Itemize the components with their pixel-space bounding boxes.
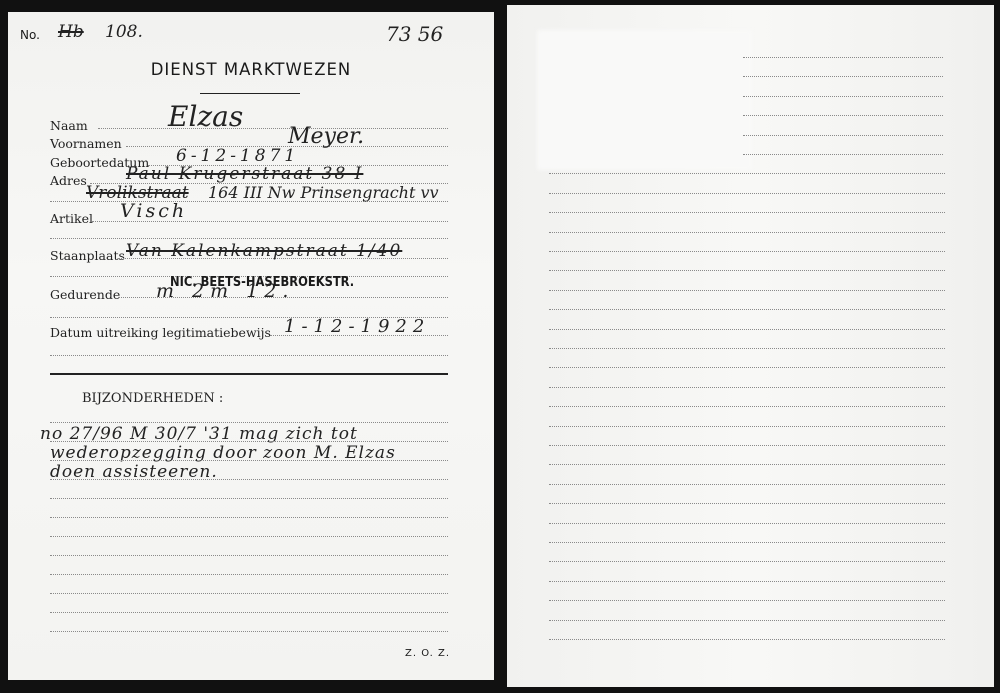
notes-line bbox=[50, 612, 448, 613]
ruled-line bbox=[549, 173, 945, 174]
ruled-line bbox=[549, 581, 945, 582]
label-voornamen: Voornamen bbox=[50, 136, 122, 151]
notes-line bbox=[50, 593, 448, 594]
label-adres: Adres bbox=[50, 173, 87, 188]
field-line bbox=[50, 238, 448, 239]
value-adres-line1-struck: Paul Krugerstraat 38 I bbox=[126, 164, 363, 184]
ruled-line bbox=[549, 193, 945, 194]
value-adres-line2: 164 III Nw Prinsengracht vv bbox=[208, 183, 439, 202]
value-datum-uitreiking: 1-12-1922 bbox=[284, 316, 430, 337]
field-line bbox=[98, 128, 448, 129]
title-divider bbox=[200, 93, 300, 94]
bijzonderheden-heading: BIJZONDERHEDEN : bbox=[82, 391, 223, 406]
ruled-line bbox=[743, 135, 943, 136]
ruled-line bbox=[549, 348, 945, 349]
ruled-line bbox=[743, 154, 943, 155]
value-artikel: Visch bbox=[120, 200, 187, 222]
number-struck-value: Hb bbox=[58, 22, 84, 42]
notes-line bbox=[50, 631, 448, 632]
ruled-line bbox=[549, 212, 945, 213]
ruled-line bbox=[549, 251, 945, 252]
ruled-line bbox=[549, 232, 945, 233]
notes-line bbox=[50, 498, 448, 499]
notes-line bbox=[50, 479, 448, 480]
ruled-line bbox=[549, 561, 945, 562]
notes-line bbox=[50, 422, 448, 423]
notes-line bbox=[50, 536, 448, 537]
ruled-line bbox=[549, 464, 945, 465]
notes-line bbox=[50, 460, 448, 461]
ruled-line bbox=[549, 290, 945, 291]
value-gedurende: m 2m 12. bbox=[156, 280, 294, 302]
label-naam: Naam bbox=[50, 118, 88, 133]
value-geboortedatum: 6-12-1871 bbox=[176, 146, 299, 166]
label-datum-uitreiking: Datum uitreiking legitimatiebewijs bbox=[50, 325, 271, 340]
label-artikel: Artikel bbox=[50, 211, 93, 226]
ruled-line bbox=[549, 309, 945, 310]
field-line bbox=[50, 355, 448, 356]
notes-line bbox=[50, 574, 448, 575]
ruled-line bbox=[743, 115, 943, 116]
ruled-line bbox=[743, 57, 943, 58]
ruled-line bbox=[743, 96, 943, 97]
ruled-line bbox=[549, 503, 945, 504]
ruled-line bbox=[549, 426, 945, 427]
ruled-line bbox=[549, 367, 945, 368]
ruled-line bbox=[549, 406, 945, 407]
card-title: DIENST MARKTWEZEN bbox=[8, 60, 494, 79]
label-gedurende: Gedurende bbox=[50, 287, 120, 302]
number-label: No. bbox=[20, 28, 40, 42]
value-naam: Elzas bbox=[168, 100, 243, 133]
ruled-line bbox=[549, 270, 945, 271]
ruled-line bbox=[549, 620, 945, 621]
value-voornamen: Meyer. bbox=[288, 124, 364, 149]
ruled-line bbox=[549, 523, 945, 524]
footer-zoz: Z. O. Z. bbox=[405, 648, 450, 659]
registration-card-back bbox=[507, 5, 994, 687]
notes-line bbox=[50, 517, 448, 518]
ruled-line bbox=[549, 600, 945, 601]
ruled-line bbox=[549, 484, 945, 485]
ruled-line bbox=[549, 542, 945, 543]
archive-number: 73 56 bbox=[386, 22, 443, 46]
label-staanplaats: Staanplaats bbox=[50, 248, 125, 263]
ruled-line bbox=[549, 329, 945, 330]
ruled-line bbox=[549, 445, 945, 446]
ruled-line bbox=[549, 387, 945, 388]
glued-patch bbox=[537, 30, 752, 170]
notes-line bbox=[50, 441, 448, 442]
value-staanplaats-struck: Van Kalenkampstraat 1/40 bbox=[126, 241, 402, 261]
section-divider bbox=[50, 373, 448, 375]
ruled-line bbox=[549, 639, 945, 640]
ruled-line bbox=[743, 76, 943, 77]
card-number: 108. bbox=[105, 22, 143, 42]
notes-line bbox=[50, 555, 448, 556]
registration-card-front: No. Hb 108. 73 56 DIENST MARKTWEZEN Naam… bbox=[8, 12, 494, 680]
